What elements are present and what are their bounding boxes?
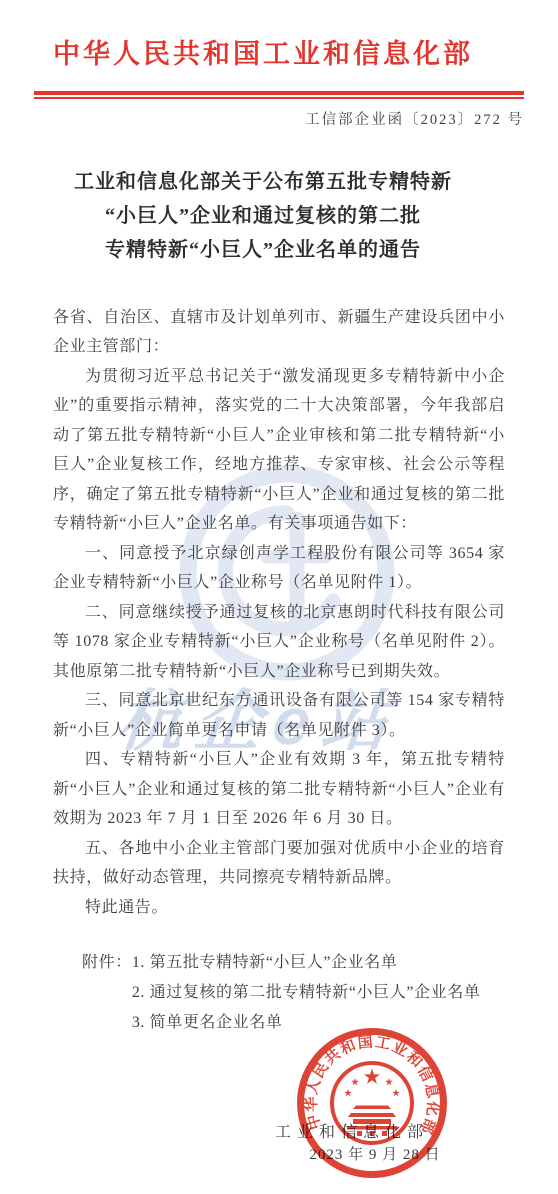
paragraph-item-2: 二、同意继续授予通过复核的北京惠朗时代科技有限公司等 1078 家企业专精特新“…	[53, 598, 505, 687]
document-body: 各省、自治区、直辖市及计划单列市、新疆生产建设兵团中小企业主管部门： 为贯彻习近…	[53, 303, 505, 923]
document-page: 杭企e站 中华人民共和国工业和信息化部 工信部企业函〔2023〕272 号 工业…	[0, 0, 558, 1194]
attachment-item-1: 1. 第五批专精特新“小巨人”企业名单	[132, 948, 481, 978]
official-seal: 中华人民共和国工业和信息化部	[294, 1025, 450, 1181]
salutation: 各省、自治区、直辖市及计划单列市、新疆生产建设兵团中小企业主管部门：	[53, 303, 505, 362]
national-emblem-icon	[332, 1063, 412, 1143]
document-title-line-1: 工业和信息化部关于公布第五批专精特新	[0, 165, 542, 199]
document-title-line-3: 专精特新“小巨人”企业名单的通告	[0, 233, 542, 267]
paragraph-item-1: 一、同意授予北京绿创声学工程股份有限公司等 3654 家企业专精特新“小巨人”企…	[53, 539, 505, 598]
attachment-item-2: 2. 通过复核的第二批专精特新“小巨人”企业名单	[132, 978, 481, 1008]
paragraph-item-4: 四、专精特新“小巨人”企业有效期 3 年，第五批专精特新“小巨人”企业和通过复核…	[53, 745, 505, 834]
attachments-block: 附件： 1. 第五批专精特新“小巨人”企业名单 2. 通过复核的第二批专精特新“…	[53, 948, 505, 1038]
ministry-masthead: 中华人民共和国工业和信息化部	[0, 32, 542, 71]
seal-outer-ring	[301, 1032, 444, 1175]
document-title: 工业和信息化部关于公布第五批专精特新 “小巨人”企业和通过复核的第二批 专精特新…	[0, 165, 542, 267]
attachments-list: 1. 第五批专精特新“小巨人”企业名单 2. 通过复核的第二批专精特新“小巨人”…	[132, 948, 481, 1038]
paragraph-item-3: 三、同意北京世纪东方通讯设备有限公司等 154 家专精特新“小巨人”企业简单更名…	[53, 686, 505, 745]
paragraph-intro: 为贯彻习近平总书记关于“激发涌现更多专精特新中小企业”的重要指示精神，落实党的二…	[53, 362, 505, 539]
paragraph-closing: 特此通告。	[53, 893, 505, 923]
attachment-item-3: 3. 简单更名企业名单	[132, 1008, 481, 1038]
document-date: 2023 年 9 月 28 日	[295, 1143, 455, 1164]
document-number: 工信部企业函〔2023〕272 号	[34, 108, 524, 129]
divider-thin-line	[34, 97, 524, 99]
document-title-line-2: “小巨人”企业和通过复核的第二批	[0, 199, 542, 233]
divider-thick-line	[34, 91, 524, 95]
attachments-label: 附件：	[53, 948, 132, 1038]
seal-ring-text: 中华人民共和国工业和信息化部	[302, 1033, 443, 1138]
document-content: 中华人民共和国工业和信息化部 工信部企业函〔2023〕272 号 工业和信息化部…	[0, 32, 558, 1038]
signer-name: 工业和信息化部	[262, 1119, 442, 1142]
paragraph-item-5: 五、各地中小企业主管部门要加强对优质中小企业的培育扶持，做好动态管理，共同擦亮专…	[53, 834, 505, 893]
masthead-divider	[34, 91, 524, 99]
